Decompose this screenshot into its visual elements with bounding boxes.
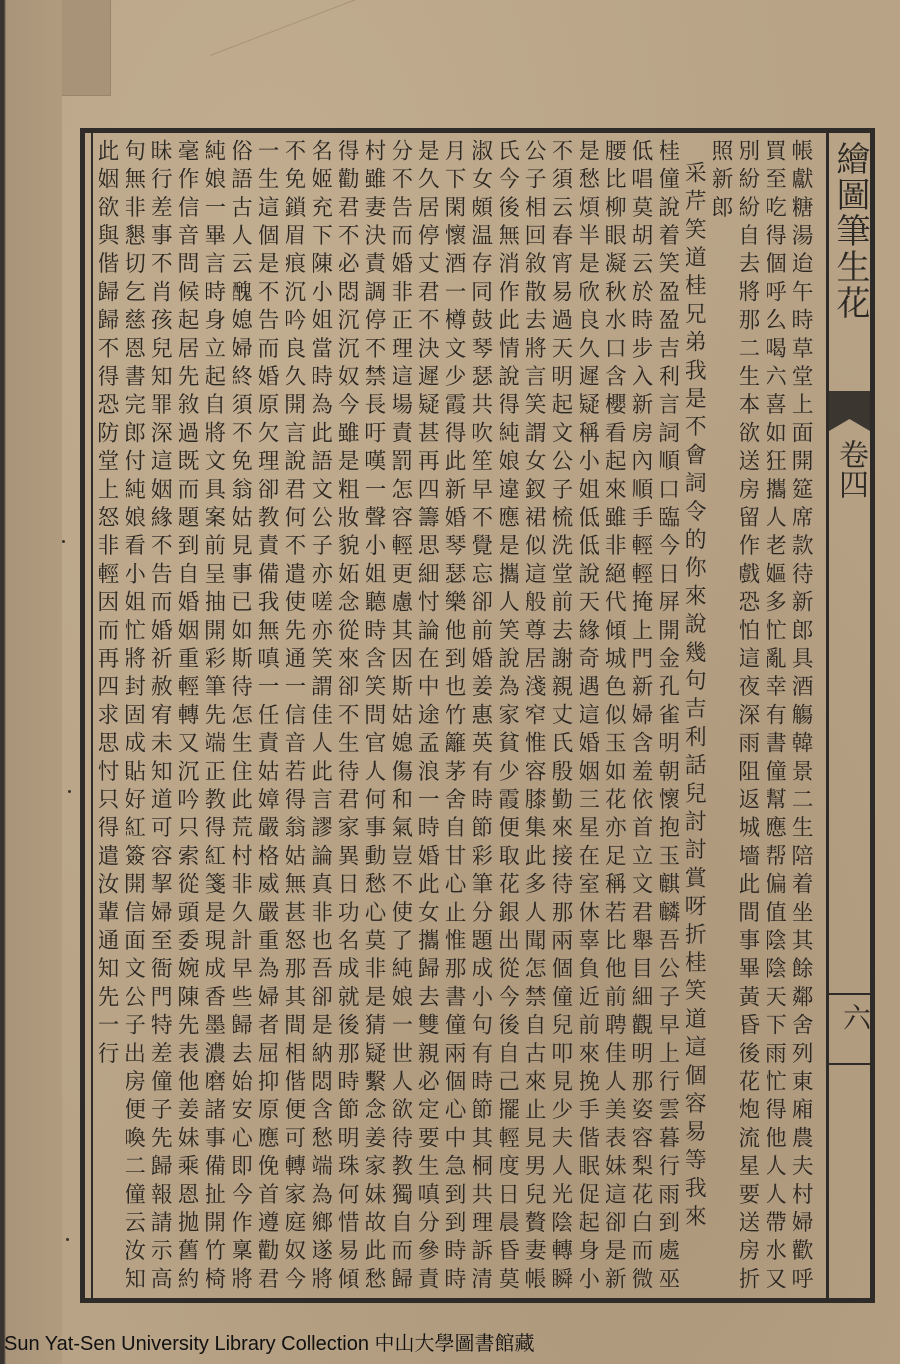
text-column: 月下閑懷酒一樽文少霞得此新婚琴瑟樂他到也竹籬茅舍自甘心止惟那書僮兩個心中急到到時… <box>446 139 473 1292</box>
scanned-page: 繪圖筆生花 卷四 六 帳獻糖湯迨午時草堂上面開筵席款待新郎具酒觴韓景二生陪着坐其… <box>0 0 900 1364</box>
text-column: 桂僮說着笑盈盈吉利言詞順口臨今日屏開金孔雀明朝懷抱玉麒麟吾公子早上行雲暮行雨到處… <box>660 139 687 1292</box>
paper-speck <box>66 1238 69 1241</box>
text-column: 村雖妻決責調停不禁長吁嘆一聲小姐聽時含笑問官人何事動愁心莫非是猜疑繫念姜家妹故此… <box>366 139 393 1292</box>
text-column: 一生這個是不告而婚原欠理卻教責備我無嗔一任責姑嫜嚴格威嚴重為婦者屈抑原應俛首遵勸… <box>259 139 286 1292</box>
book-title: 繪圖筆生花 <box>833 141 867 321</box>
text-column: 不須云春宵易過天明起文公子梳洗堂前去謝親丈氏殷勤來接待那兩個僮兒叩見少夫人光陰轉… <box>553 139 580 1292</box>
volume-label: 卷四 <box>835 439 865 499</box>
text-column: 買至吃得個呼么喝六喜如狂攜人老嫗多忙亂幸有書僮幫應帮偏值陰陰天下雨忙得他人人帶水… <box>767 139 794 1292</box>
text-column: 毫作信音問候起居先敘過既而題到自婚姻重輕轉又沉吟只索從頭委婉陳先表他姜妹乘恩拋舊… <box>179 139 206 1292</box>
text-column: 此姻欲與偕歸歸不得恐防堂上怒非輕因而再四求思忖只得遣汝輩通知先一行 <box>99 139 126 1292</box>
printed-border-frame: 繪圖筆生花 卷四 六 帳獻糖湯迨午時草堂上面開筵席款待新郎具酒觴韓景二生陪着坐其… <box>80 128 875 1303</box>
text-column: 是久居停丈君不決遲疑甚再四籌思細忖論在中途孟浪一時婚此女攜歸去雙親必定要生嗔分參… <box>419 139 446 1292</box>
paper-speck <box>62 540 65 543</box>
page-left-edge <box>0 0 62 1364</box>
page-number-rule <box>829 1063 870 1065</box>
text-column: 采芹笑道桂兄弟我是不會詞令的你來說幾句吉利話兒討討賞呀折桂笑道這個容易等我來 <box>686 139 713 1314</box>
text-column: 句無非懇切乞慈恩書完郎付純娘看小姐忙將封固成貼好紅簽開信面文公子出房便喚二僮云汝… <box>126 139 153 1292</box>
text-column: 低唱莫胡云於時步入新房內順手輕輕掩上門新婦含羞依首立文君舉目細觀明那姿容梨花白而… <box>633 139 660 1292</box>
text-column: 分不告而婚非正理這場責罰怎容輕更慮其因斯姑媳傷和氣豈不使了純娘一世人欲待教獨自而… <box>393 139 420 1292</box>
page-number: 六 <box>835 1003 875 1031</box>
library-watermark: Sun Yat-Sen University Library Collectio… <box>4 1327 535 1356</box>
text-column: 淑女頗温存同鼓琴瑟共吹笙早不覺忘卻前婚姜惠英有時節彩筆分題成小句有時節其桐共理訴… <box>473 139 500 1292</box>
text-column: 俗語古人云醜媳婦終須不免翁姑見事已如斯待怎生住此荒村非久計早些歸去始安心即今作稟… <box>233 139 260 1292</box>
text-column: 公子相回敘散去將言笑謂女釵裙似這般尊居淺窄惟容膝集此多人聞怎禁自古來止見男兒贅妻… <box>526 139 553 1292</box>
center-margin-banxin: 繪圖筆生花 卷四 六 <box>826 133 870 1298</box>
text-column: 得勸君不必悶沉沉奴今雖是粗妝貌妬念從來卻不生待君家異日功名成就後那時節明珠何惜易… <box>339 139 366 1292</box>
fish-tail-mark-icon <box>829 391 870 431</box>
text-column: 腰比柳眼凝秋水口含櫻看起來雖非絕代傾城色似玉如花亦足稱若比他前聘佳人美表妹這卻是… <box>606 139 633 1292</box>
watermark-chinese: 中山大學圖書館藏 <box>375 1331 535 1355</box>
text-column: 昧行差事不肖孩兒知罪深這姻緣不告而婚祈赦宥未知道可容挈婦至衙門特差僮子先歸報請示… <box>152 139 179 1292</box>
paper-speck <box>68 790 71 793</box>
paper-fold-line <box>210 0 696 56</box>
text-column: 別紛紛自去將那二生本欲送房留作戲恐怕這夜深雨阻返城墻此間事畢黃昏後花炮流星要送房… <box>740 139 767 1292</box>
watermark-english: Sun Yat-Sen University Library Collectio… <box>4 1333 369 1355</box>
vertical-text-body: 帳獻糖湯迨午時草堂上面開筵席款待新郎具酒觴韓景二生陪着坐其餘鄰舍列東廂農夫村婦歡… <box>99 139 820 1292</box>
page-number-rule <box>829 993 870 995</box>
text-column: 不免鎖眉痕沉吟良久開言說君何不遣使先通一信音若得翁姑無甚怒那其間相偕便可轉家庭奴… <box>286 139 313 1292</box>
text-column: 帳獻糖湯迨午時草堂上面開筵席款待新郎具酒觴韓景二生陪着坐其餘鄰舍列東廂農夫村婦歡… <box>793 139 820 1292</box>
text-column: 是愁煩半是欣良久遲疑稱小姐低低說天緣奇遇這婚姻三星在室休辜負近前來挽手偕眠促起身… <box>580 139 607 1292</box>
text-column: 名姬充下陳小姐當時為此語文公子亦嗟亦笑謂佳人此言謬論真非也吾卻是納悶含愁端為鄉遂… <box>313 139 340 1292</box>
text-column: 照新郎 <box>713 139 740 1292</box>
text-column: 氏今後無消作此情說得純娘違應是攜人笑說為家貧少霞便取花銀出從今後自己擺輕度日晨昏… <box>500 139 527 1292</box>
text-column: 純娘一畢言時身立起自將文具案前呈抽開彩筆先端正教得紅箋是現成香墨濃磨諸事備扯開竹… <box>206 139 233 1292</box>
